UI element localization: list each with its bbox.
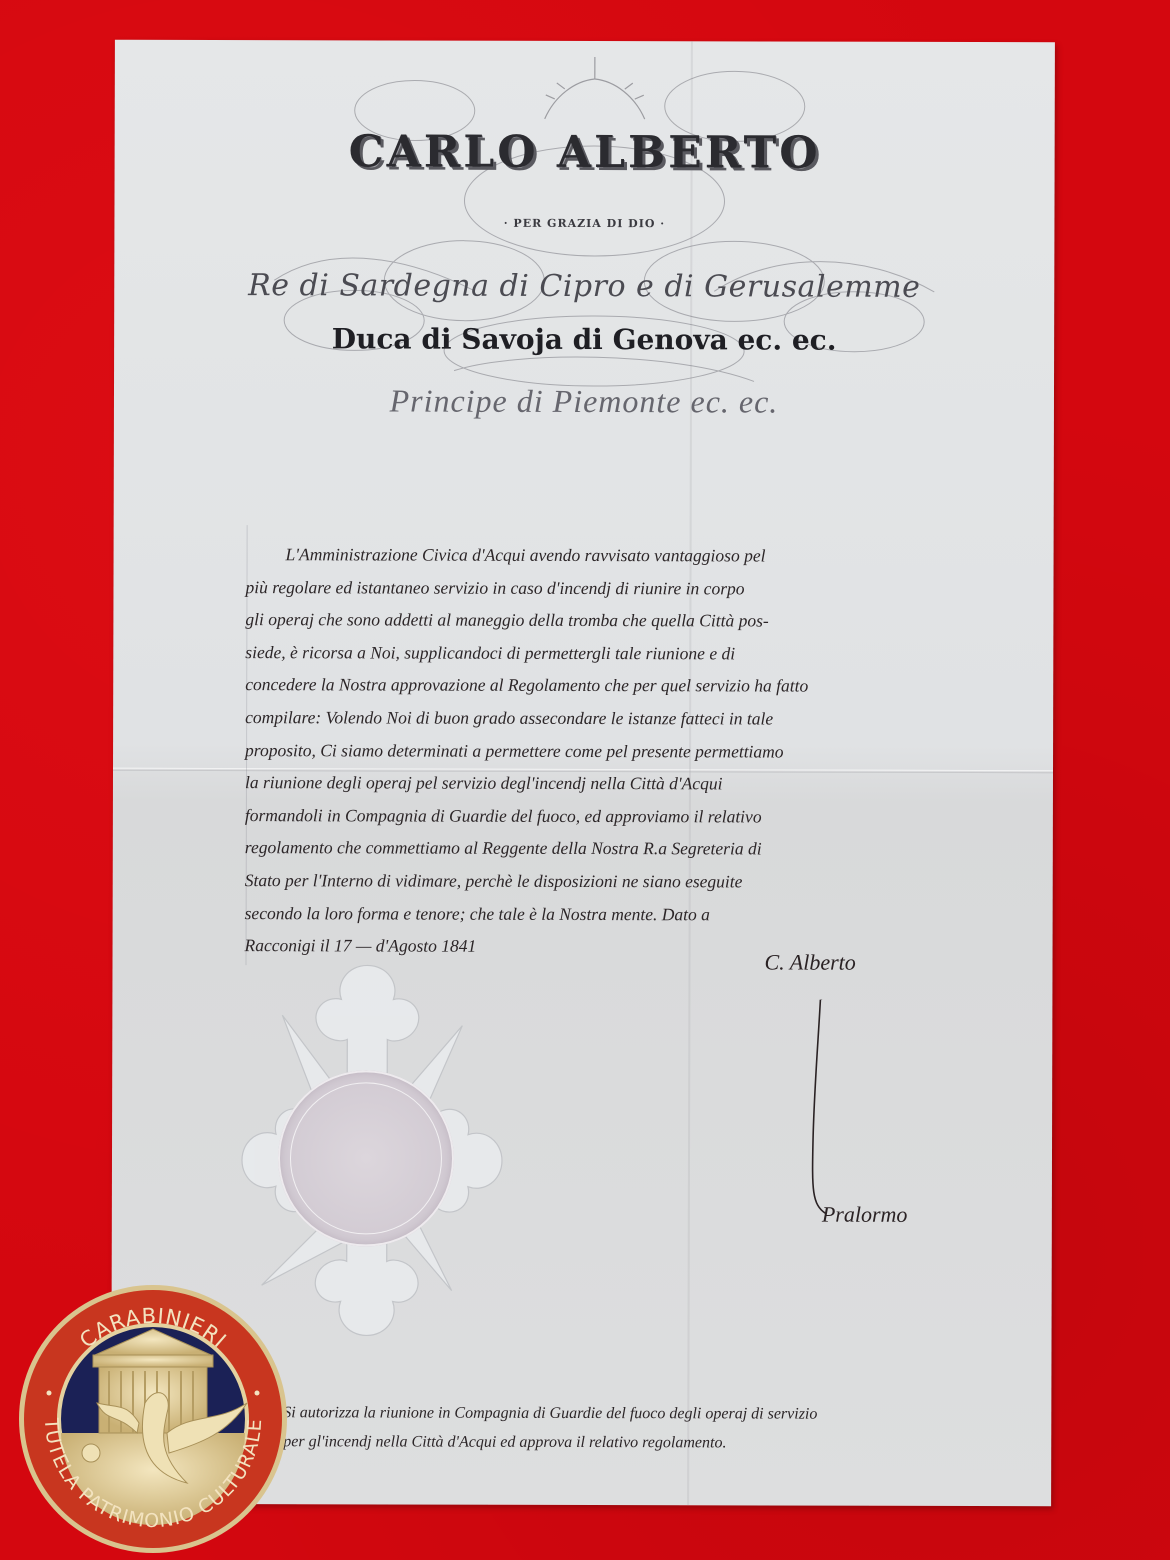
body-line: L'Amministrazione Civica d'Acqui avendo … — [246, 538, 1046, 573]
body-line: siede, è ricorsa a Noi, supplicandoci di… — [245, 636, 1045, 671]
minister-signature: Pralormo — [822, 1202, 908, 1228]
title-duke: Duca di Savoja di Genova ec. ec. — [114, 322, 1054, 357]
body-line: la riunione degli operaj pel servizio de… — [245, 766, 1045, 801]
body-line: compilare: Volendo Noi di buon grado ass… — [245, 701, 1045, 736]
document-title: CARLO ALBERTO — [115, 126, 1055, 179]
decree-summary: Si autorizza la riunione in Compagnia di… — [283, 1398, 1053, 1458]
king-signature: C. Alberto — [764, 949, 855, 975]
body-line: concedere la Nostra approvazione al Rego… — [245, 668, 1045, 703]
title-king: Re di Sardegna di Cipro e di Gerusalemme — [114, 268, 1054, 305]
by-grace-of-god: · PER GRAZIA DI DIO · — [114, 216, 1054, 231]
signature-connector-icon — [810, 1000, 931, 1222]
carabinieri-badge: CARABINIERI TUTELA PATRIMONIO CULTURALE — [17, 1283, 289, 1555]
body-line: formandoli in Compagnia di Guardie del f… — [245, 799, 1045, 834]
summary-line: per gl'incendj nella Città d'Acqui ed ap… — [283, 1427, 1053, 1458]
carabinieri-emblem-icon: CARABINIERI TUTELA PATRIMONIO CULTURALE — [17, 1283, 289, 1555]
embossed-seal — [278, 1070, 454, 1246]
body-line: Stato per l'Interno di vidimare, perchè … — [245, 864, 1045, 899]
summary-line: Si autorizza la riunione in Compagnia di… — [283, 1398, 1053, 1429]
body-line: gli operaj che sono addetti al maneggio … — [245, 603, 1045, 638]
title-prince: Principe di Piemonte ec. ec. — [114, 382, 1054, 421]
body-line: più regolare ed istantaneo servizio in c… — [245, 571, 1045, 606]
decree-body: L'Amministrazione Civica d'Acqui avendo … — [245, 538, 1046, 964]
body-line: proposito, Ci siamo determinati a permet… — [245, 734, 1045, 769]
calligraphic-flourish-icon — [214, 50, 975, 432]
body-line: regolamento che commettiamo al Reggente … — [245, 831, 1045, 866]
body-line: secondo la loro forma e tenore; che tale… — [245, 897, 1045, 932]
